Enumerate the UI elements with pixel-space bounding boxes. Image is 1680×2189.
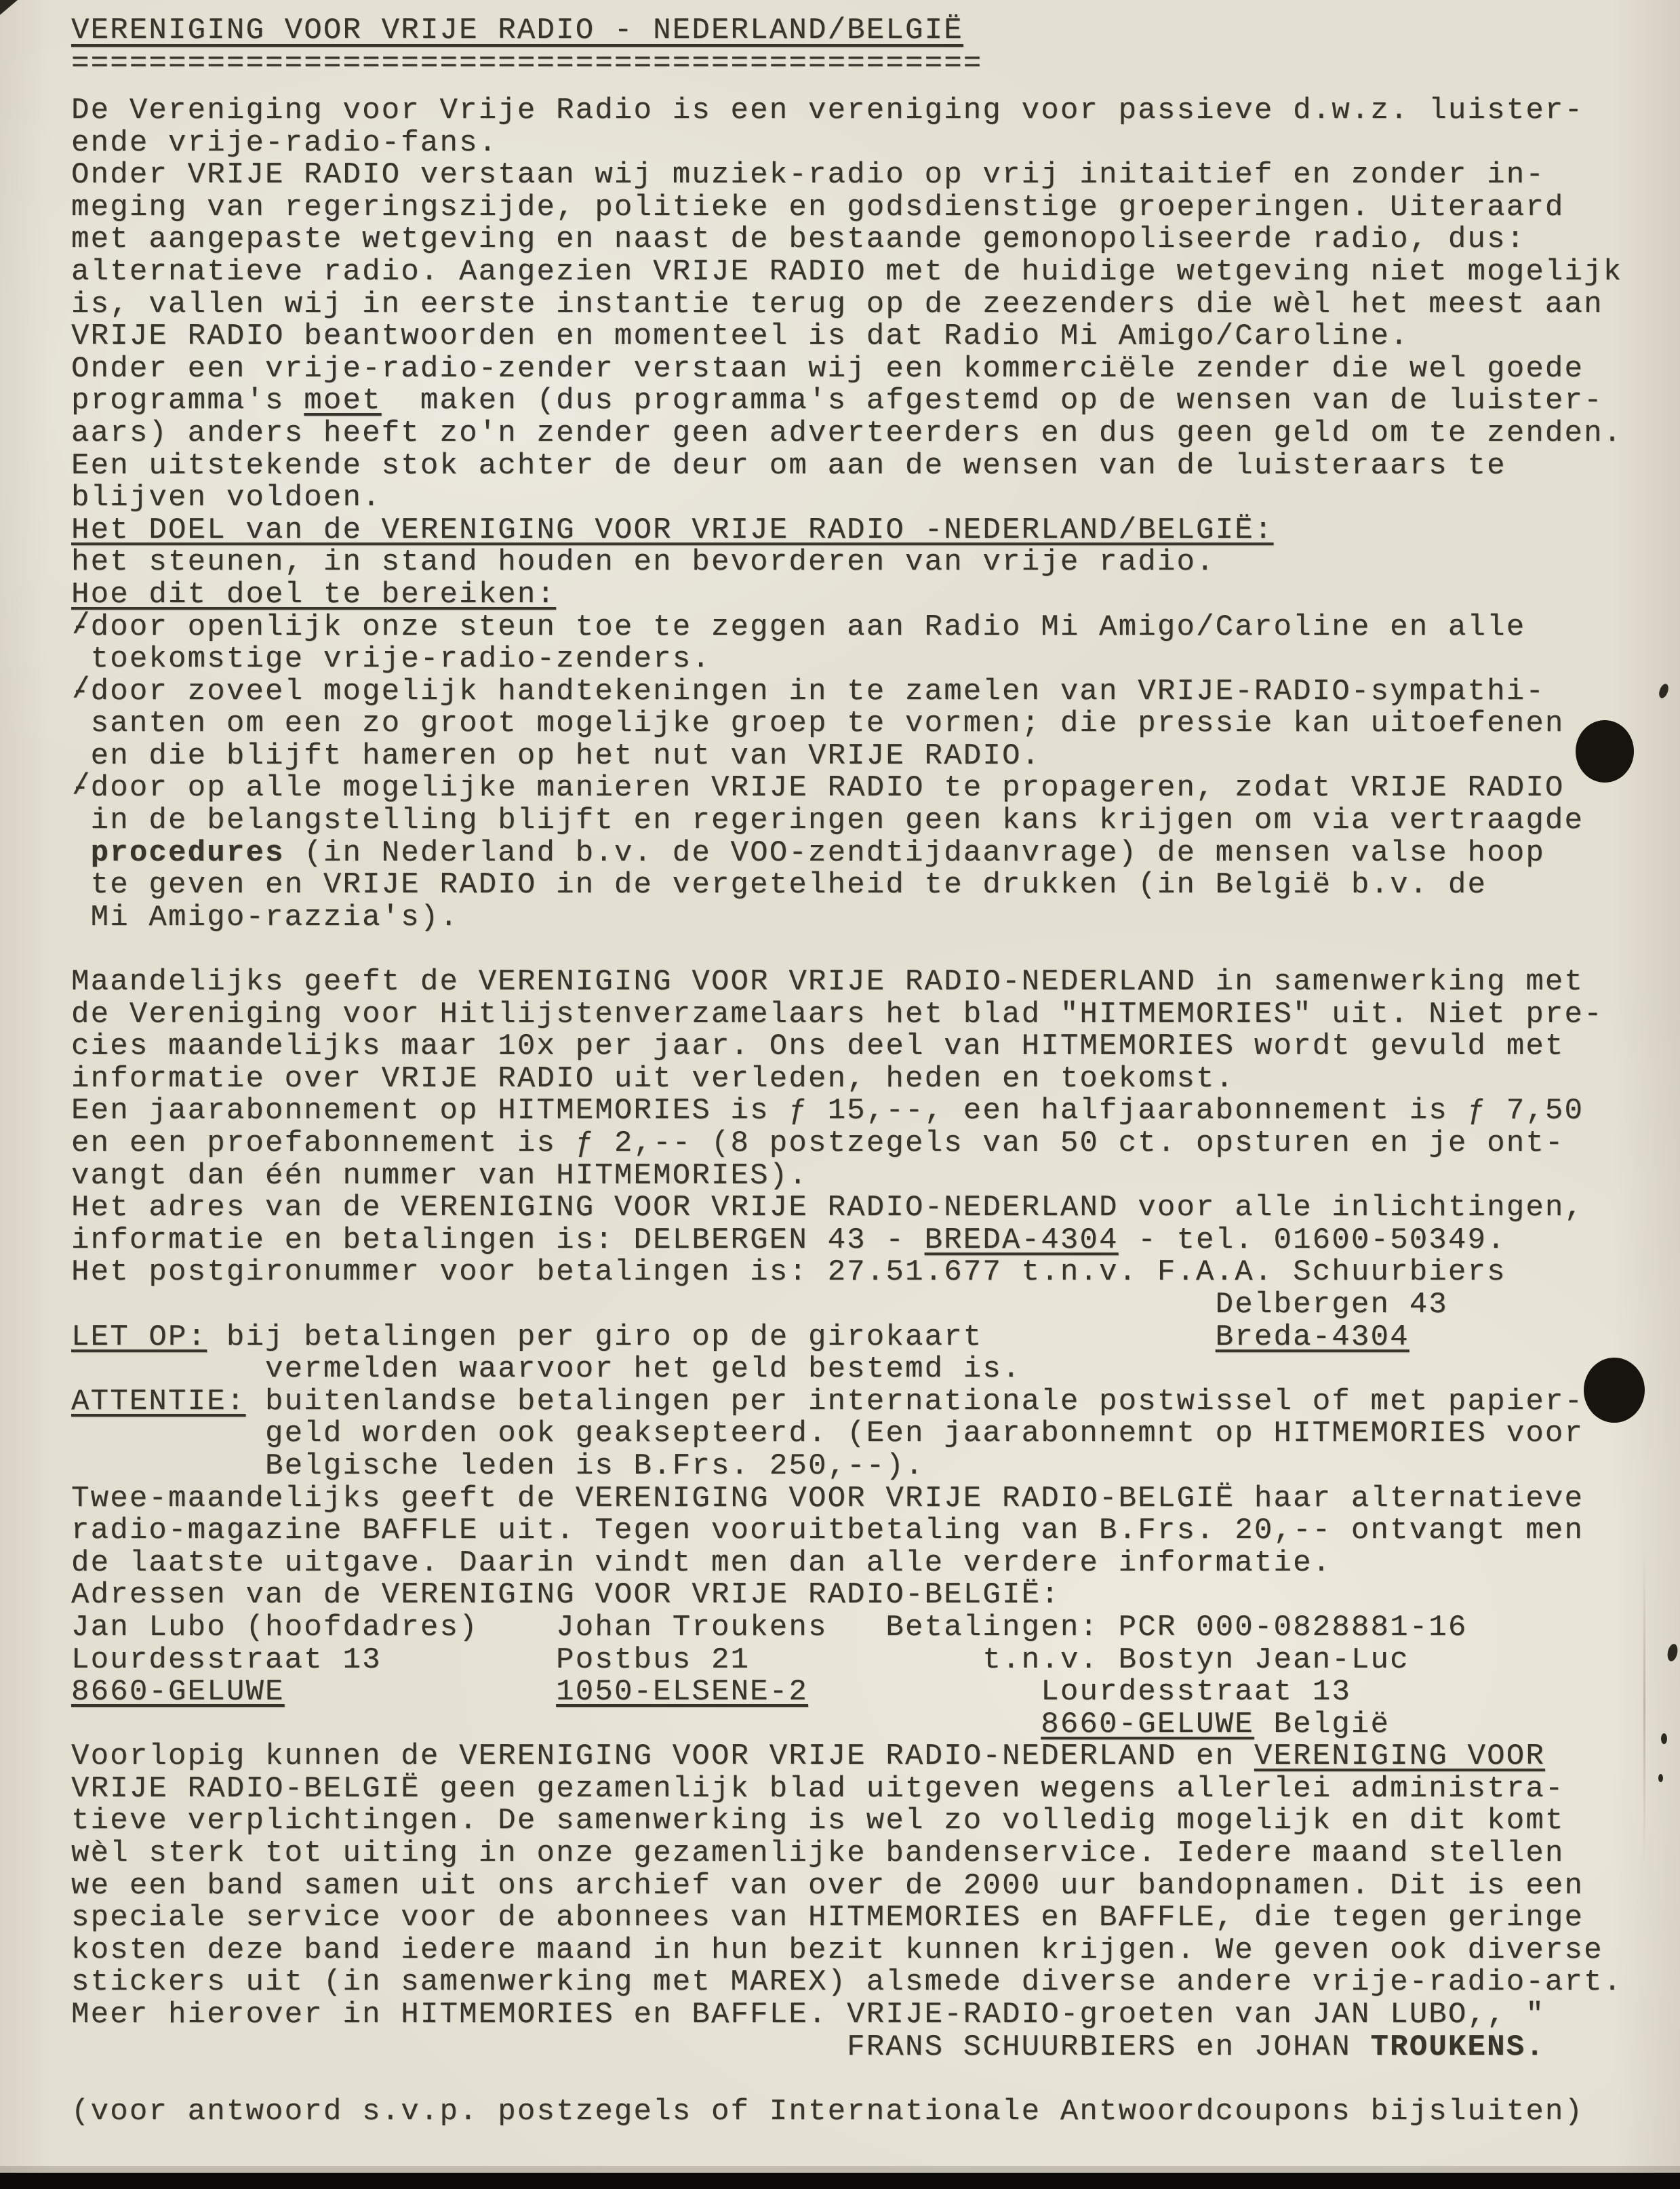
scan-edge-shadow — [0, 2166, 1680, 2173]
text-line: LET OP: bij betalingen per giro op de gi… — [71, 1322, 1680, 1354]
text-line: alternatieve radio. Aangezien VRIJE RADI… — [71, 256, 1680, 289]
text-line: 8660-GELUWE 1050-ELSENE-2 Lourdesstraat … — [71, 1676, 1680, 1709]
text-line: radio-magazine BAFFLE uit. Tegen vooruit… — [71, 1515, 1680, 1547]
text-line: aars) anders heeft zo'n zender geen adve… — [71, 418, 1680, 450]
text-line: blijven voldoen. — [71, 482, 1680, 515]
text-line: tieve verplichtingen. De samenwerking is… — [71, 1805, 1680, 1838]
slash-dash-bullet: - — [71, 612, 91, 644]
text-line: te geven en VRIJE RADIO in de vergetelhe… — [71, 869, 1680, 902]
slash-dash-bullet: - — [71, 676, 91, 709]
text-line: cies maandelijks maar 10x per jaar. Ons … — [71, 1031, 1680, 1063]
document-header: VERENIGING VOOR VRIJE RADIO - NEDERLAND/… — [71, 14, 1680, 77]
text-line: Delbergen 43 — [71, 1289, 1680, 1322]
text-line: 8660-GELUWE België — [71, 1709, 1680, 1741]
text-line: meging van regeringszijde, politieke en … — [71, 192, 1680, 224]
text-line: vangt dan één nummer van HITMEMORIES). — [71, 1160, 1680, 1193]
punch-hole-top — [1576, 720, 1634, 783]
document-lines: De Vereniging voor Vrije Radio is een ve… — [71, 95, 1680, 2128]
text-line: we een band samen uit ons archief van ov… — [71, 1870, 1680, 1903]
text-line: stickers uit (in samenwerking met MAREX)… — [71, 1967, 1680, 1999]
text-line: programma's moet maken (dus programma's … — [71, 385, 1680, 418]
title-underline-rule: ========================================… — [71, 50, 1680, 77]
scanned-typewritten-page: VERENIGING VOOR VRIJE RADIO - NEDERLAND/… — [0, 0, 1680, 2189]
text-line: in de belangstelling blijft en regeringe… — [71, 805, 1680, 837]
text-line: is, vallen wij in eerste instantie terug… — [71, 289, 1680, 321]
text-line — [71, 934, 1680, 966]
text-line: met aangepaste wetgeving en naast de bes… — [71, 224, 1680, 256]
text-line: kosten deze band iedere maand in hun bez… — [71, 1935, 1680, 1967]
text-line: Maandelijks geeft de VERENIGING VOOR VRI… — [71, 966, 1680, 999]
text-line: Hoe dit doel te bereiken: — [71, 579, 1680, 612]
text-line: procedures (in Nederland b.v. de VOO-zen… — [71, 837, 1680, 870]
scan-edge-bottom — [0, 2173, 1680, 2189]
text-line: santen om een zo groot mogelijke groep t… — [71, 708, 1680, 741]
text-line: de laatste uitgave. Daarin vindt men dan… — [71, 1547, 1680, 1580]
text-line: Voorlopig kunnen de VERENIGING VOOR VRIJ… — [71, 1741, 1680, 1773]
text-line: Onder een vrije-radio-zender verstaan wi… — [71, 353, 1680, 386]
text-line: Het adres van de VERENIGING VOOR VRIJE R… — [71, 1192, 1680, 1225]
page-title: VERENIGING VOOR VRIJE RADIO - NEDERLAND/… — [71, 14, 1680, 47]
text-line: het steunen, in stand houden en bevorder… — [71, 547, 1680, 579]
text-line: -door op alle mogelijke manieren VRIJE R… — [71, 772, 1680, 805]
text-line: Twee-maandelijks geeft de VERENIGING VOO… — [71, 1483, 1680, 1516]
text-line: -door zoveel mogelijk handtekeningen in … — [71, 676, 1680, 709]
scan-corner-artifact — [0, 0, 18, 15]
text-line: FRANS SCHUURBIERS en JOHAN TROUKENS. — [71, 2032, 1680, 2064]
text-line: toekomstige vrije-radio-zenders. — [71, 644, 1680, 676]
text-line: (voor antwoord s.v.p. postzegels of Inte… — [71, 2096, 1680, 2129]
text-line: -door openlijk onze steun toe te zeggen … — [71, 612, 1680, 644]
paper-crease — [1643, 1546, 1645, 1865]
text-line — [71, 2064, 1680, 2096]
text-line: Belgische leden is B.Frs. 250,--). — [71, 1451, 1680, 1483]
text-line: Jan Lubo (hoofdadres) Johan Troukens Bet… — [71, 1612, 1680, 1644]
text-line: vermelden waarvoor het geld bestemd is. — [71, 1354, 1680, 1386]
text-line: ende vrije-radio-fans. — [71, 127, 1680, 160]
text-line: en een proefabonnement is ƒ 2,-- (8 post… — [71, 1128, 1680, 1160]
text-line: Een jaarabonnement op HITMEMORIES is ƒ 1… — [71, 1095, 1680, 1128]
text-line: en die blijft hameren op het nut van VRI… — [71, 741, 1680, 773]
text-line: Onder VRIJE RADIO verstaan wij muziek-ra… — [71, 159, 1680, 192]
text-line: wèl sterk tot uiting in onze gezamenlijk… — [71, 1838, 1680, 1870]
text-line: Mi Amigo-razzia's). — [71, 902, 1680, 934]
ink-speck — [1661, 1733, 1667, 1744]
text-line: speciale service voor de abonnees van HI… — [71, 1902, 1680, 1935]
text-line: ATTENTIE: buitenlandse betalingen per in… — [71, 1386, 1680, 1419]
text-line: Adressen van de VERENIGING VOOR VRIJE RA… — [71, 1579, 1680, 1612]
text-line: informatie en betalingen is: DELBERGEN 4… — [71, 1225, 1680, 1257]
text-line: de Vereniging voor Hitlijstenverzamelaar… — [71, 999, 1680, 1031]
text-line: Meer hierover in HITMEMORIES en BAFFLE. … — [71, 1999, 1680, 2032]
text-line: geld worden ook geaksepteerd. (Een jaara… — [71, 1418, 1680, 1451]
punch-hole-bottom — [1584, 1358, 1645, 1423]
paper-sheet: VERENIGING VOOR VRIJE RADIO - NEDERLAND/… — [0, 0, 1680, 2189]
ink-speck — [1658, 1774, 1663, 1782]
text-line: VRIJE RADIO-BELGIË geen gezamenlijk blad… — [71, 1773, 1680, 1806]
text-line: VRIJE RADIO beantwoorden en momenteel is… — [71, 321, 1680, 353]
text-line: Het postgironummer voor betalingen is: 2… — [71, 1257, 1680, 1289]
text-line: Een uitstekende stok achter de deur om a… — [71, 450, 1680, 483]
text-line: informatie over VRIJE RADIO uit verleden… — [71, 1063, 1680, 1096]
text-line: Het DOEL van de VERENIGING VOOR VRIJE RA… — [71, 515, 1680, 547]
text-line: De Vereniging voor Vrije Radio is een ve… — [71, 95, 1680, 127]
slash-dash-bullet: - — [71, 772, 91, 805]
text-line: Lourdesstraat 13 Postbus 21 t.n.v. Bosty… — [71, 1644, 1680, 1677]
